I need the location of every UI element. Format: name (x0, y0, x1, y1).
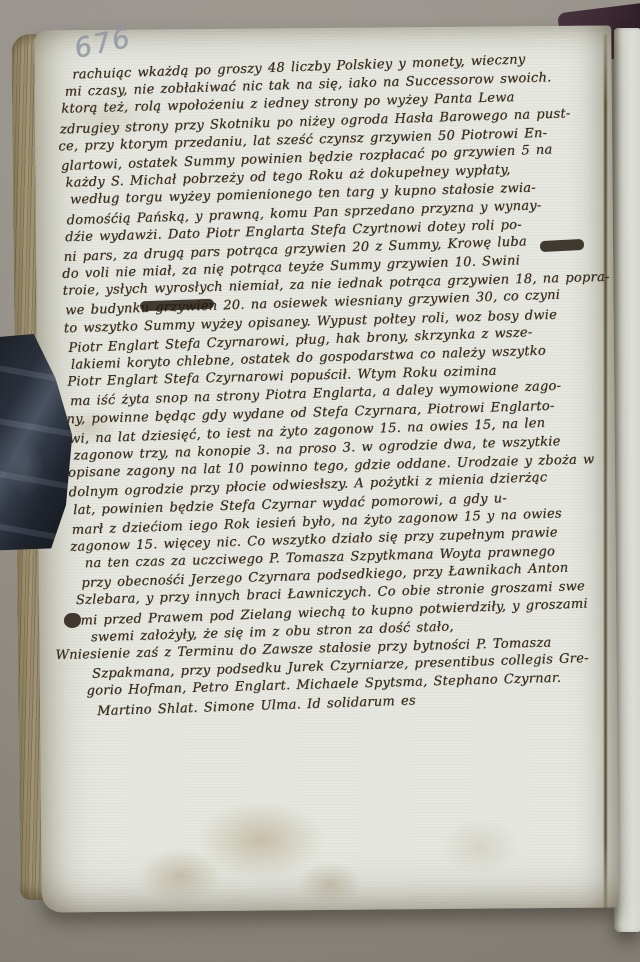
ink-blot (540, 239, 585, 252)
photo-backdrop: 676 rachuiąc wkażdą po groszy 48 liczby … (0, 0, 640, 962)
handwritten-text-block: rachuiąc wkażdą po groszy 48 liczby Pols… (56, 50, 631, 721)
